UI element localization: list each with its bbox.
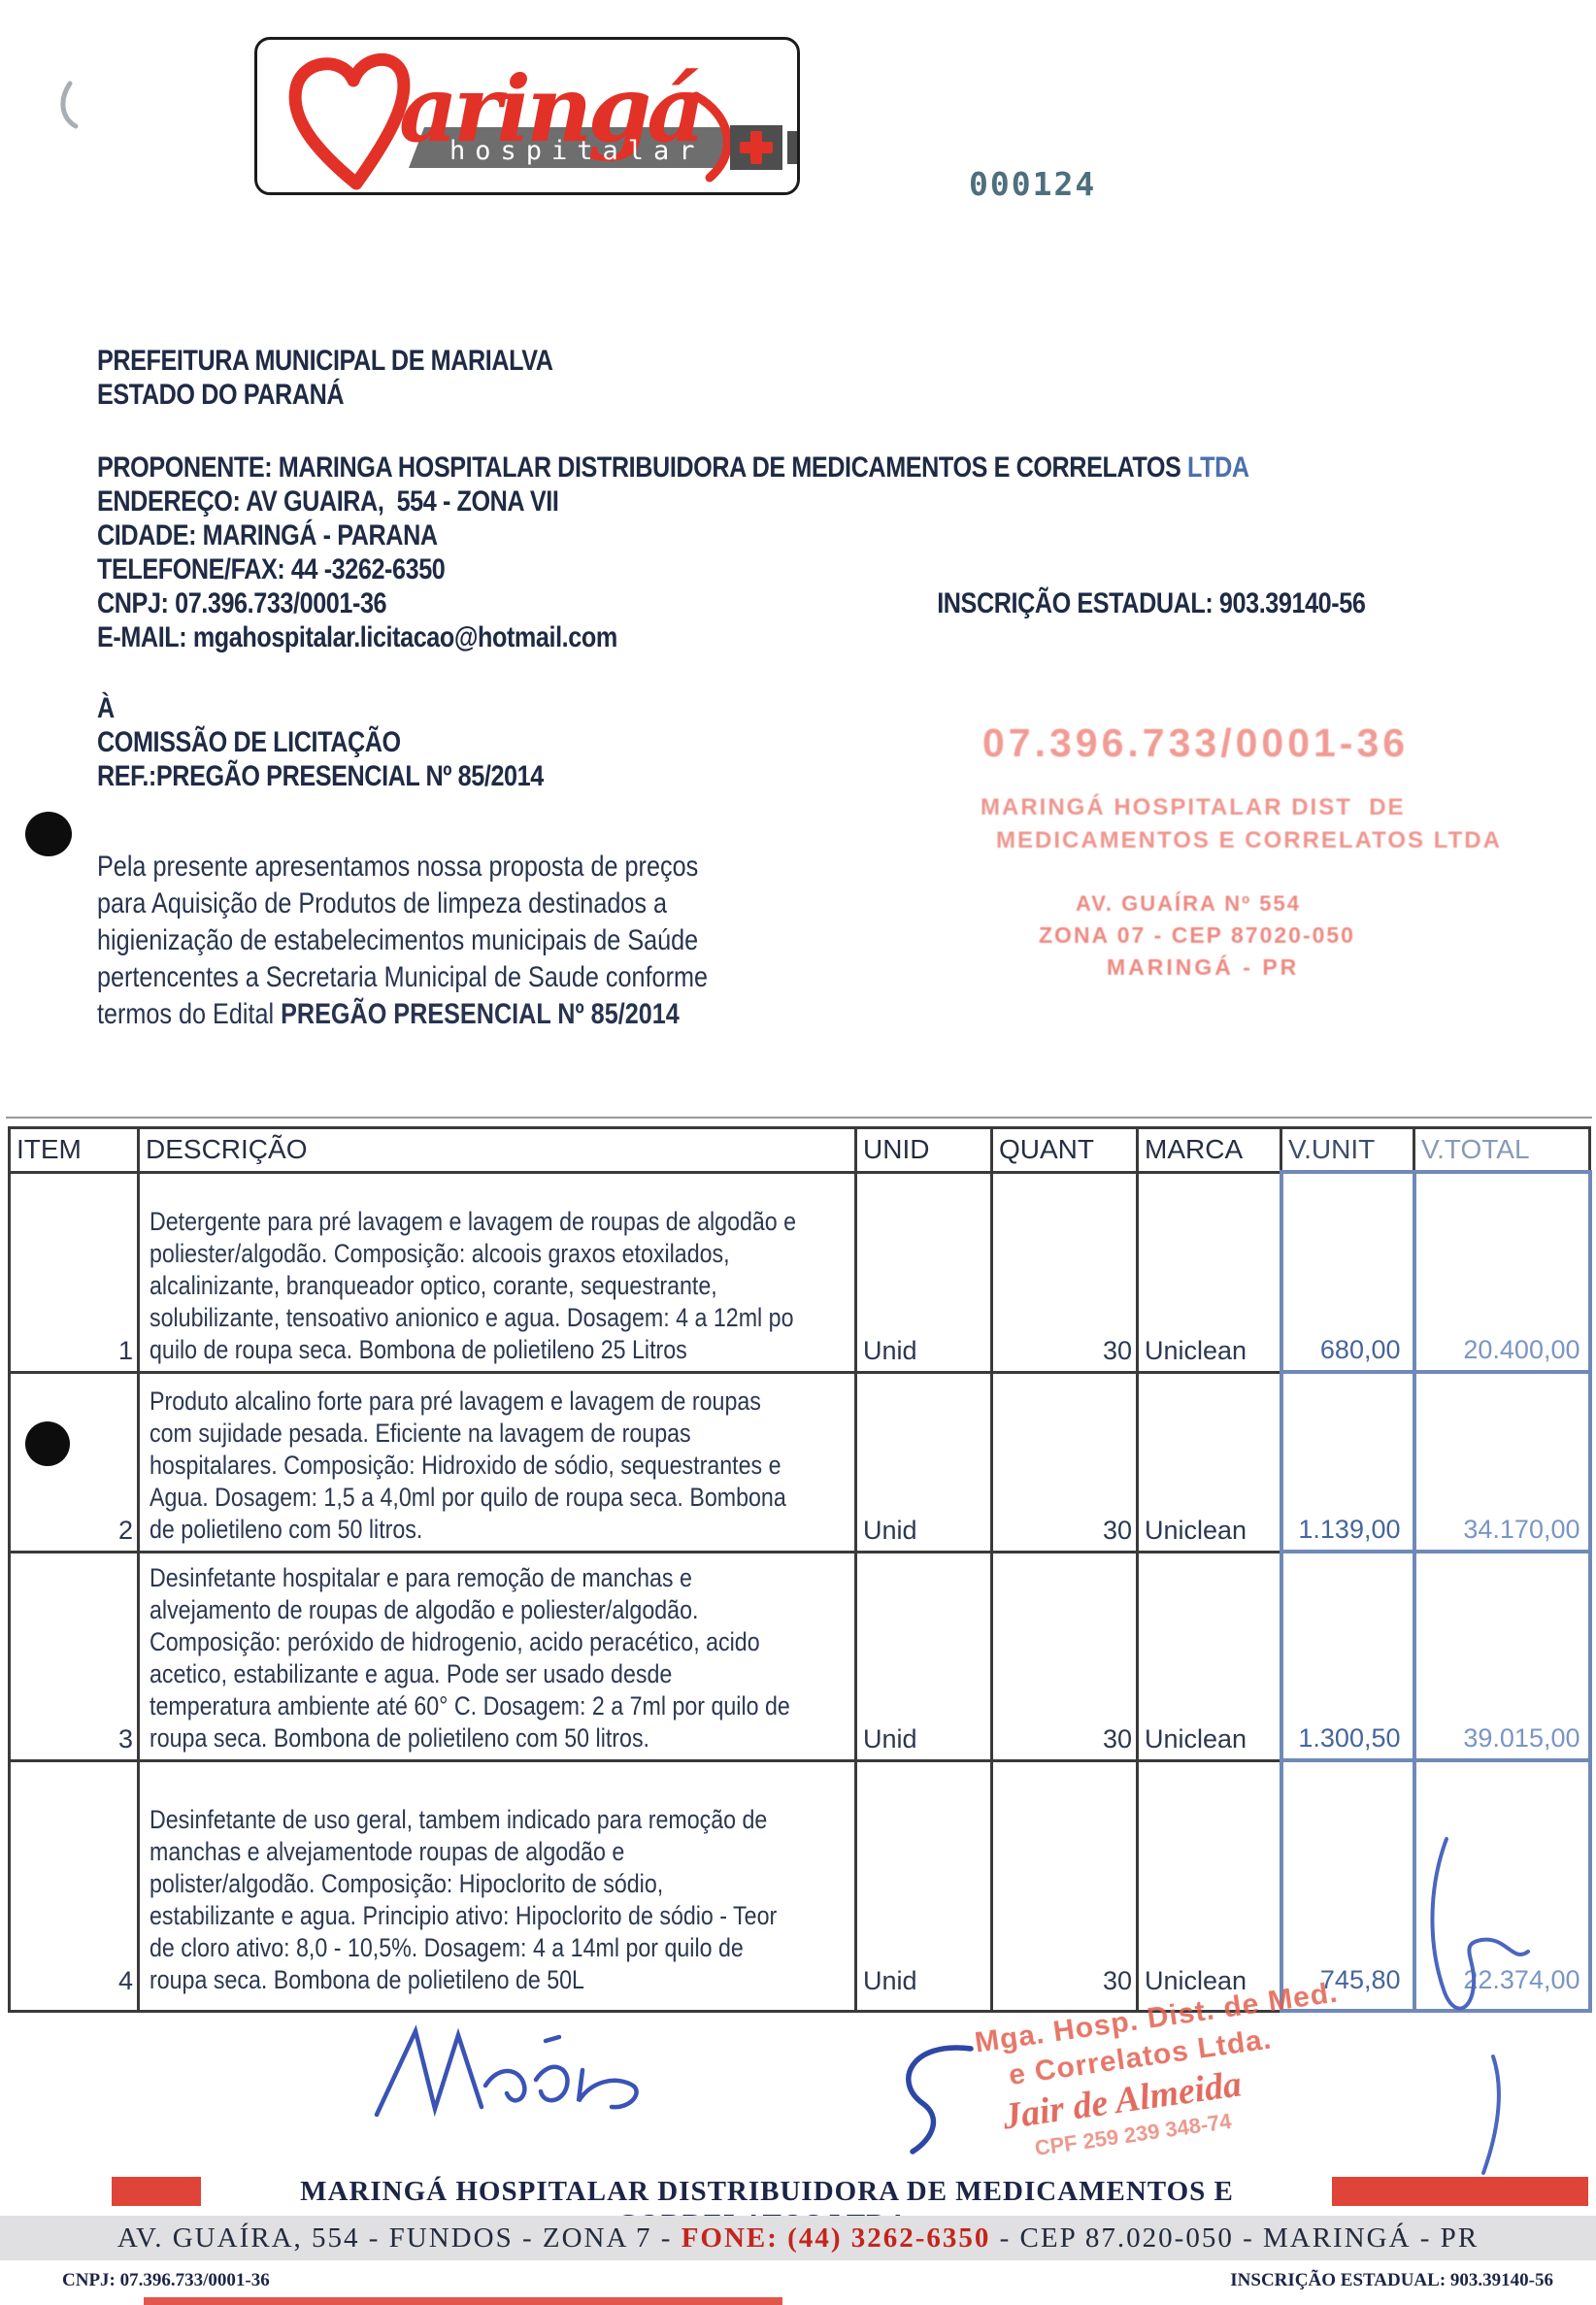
descricao-text: Desinfetante hospitalar e para remoção d… bbox=[150, 1562, 790, 1754]
paragraph-text: termos do Edital bbox=[97, 998, 281, 1030]
descricao-text: Produto alcalino forte para pré lavagem … bbox=[150, 1386, 786, 1546]
cell-quant: 30 bbox=[992, 1172, 1138, 1372]
cell-quant: 30 bbox=[992, 1372, 1138, 1552]
cell-marca: Uniclean bbox=[1138, 1760, 1281, 2011]
signature-marlon bbox=[377, 2031, 637, 2115]
table-row: 2 Produto alcalino forte para pré lavage… bbox=[10, 1372, 1590, 1552]
cell-item: 3 bbox=[10, 1552, 139, 1760]
col-header-quant: QUANT bbox=[992, 1128, 1138, 1173]
recipient-header: PREFEITURA MUNICIPAL DE MARIALVA ESTADO … bbox=[97, 344, 553, 412]
cell-vtotal: 22.374,00 bbox=[1414, 1760, 1590, 2011]
footer-red-bar bbox=[1332, 2177, 1588, 2206]
document-number: 000124 bbox=[969, 165, 1096, 203]
edital-reference: PREGÃO PRESENCIAL Nº 85/2014 bbox=[281, 998, 680, 1030]
footer-address-text: - CEP 87.020-050 - MARINGÁ - PR bbox=[990, 2222, 1479, 2254]
paragraph-line: higienização de estabelecimentos municip… bbox=[97, 922, 708, 959]
maringa-hospitalar-logo: aringá hospitalar bbox=[257, 40, 797, 192]
cell-item: 4 bbox=[10, 1760, 139, 2011]
stamp-address-line: AV. GUAÍRA Nº 554 bbox=[1076, 891, 1301, 917]
descricao-text: Desinfetante de uso geral, tambem indica… bbox=[150, 1804, 777, 1996]
proponente-ltda: LTDA bbox=[1187, 451, 1249, 484]
proposal-paragraph: Pela presente apresentamos nossa propost… bbox=[97, 849, 708, 1033]
cell-descricao: Detergente para pré lavagem e lavagem de… bbox=[139, 1172, 856, 1372]
col-header-vunit: V.UNIT bbox=[1281, 1128, 1414, 1173]
cell-descricao: Desinfetante hospitalar e para remoção d… bbox=[139, 1552, 856, 1760]
cell-vtotal: 39.015,00 bbox=[1414, 1552, 1590, 1760]
recipient-line: PREFEITURA MUNICIPAL DE MARIALVA bbox=[97, 344, 553, 378]
proponente-line: PROPONENTE: MARINGA HOSPITALAR DISTRIBUI… bbox=[97, 451, 1249, 484]
stamp-company-line: MARINGÁ HOSPITALAR DIST DE bbox=[981, 794, 1406, 821]
footer-address-text: AV. GUAÍRA, 554 - FUNDOS - ZONA 7 - bbox=[117, 2222, 682, 2254]
table-row: 3 Desinfetante hospitalar e para remoção… bbox=[10, 1552, 1590, 1760]
heart-icon bbox=[295, 59, 404, 184]
footer-address-band: AV. GUAÍRA, 554 - FUNDOS - ZONA 7 - FONE… bbox=[0, 2216, 1596, 2260]
cell-vtotal: 20.400,00 bbox=[1414, 1172, 1590, 1372]
email-line: E-MAIL: mgahospitalar.licitacao@hotmail.… bbox=[97, 620, 1249, 654]
col-header-item: ITEM bbox=[10, 1128, 139, 1173]
stamp-cnpj: 07.396.733/0001-36 bbox=[982, 720, 1409, 766]
telefone-line: TELEFONE/FAX: 44 -3262-6350 bbox=[97, 552, 1249, 586]
cell-descricao: Produto alcalino forte para pré lavagem … bbox=[139, 1372, 856, 1552]
addressee-ref: REF.:PREGÃO PRESENCIAL Nº 85/2014 bbox=[97, 759, 544, 793]
footer-cnpj: CNPJ: 07.396.733/0001-36 bbox=[62, 2270, 270, 2291]
punch-hole-mark bbox=[25, 812, 72, 856]
logo-end-block bbox=[787, 131, 797, 164]
table-row: 1 Detergente para pré lavagem e lavagem … bbox=[10, 1172, 1590, 1372]
footer-inscricao: INSCRIÇÃO ESTADUAL: 903.39140-56 bbox=[1126, 2270, 1553, 2291]
inscricao-estadual-text: INSCRIÇÃO ESTADUAL: 903.39140-56 bbox=[937, 586, 1365, 620]
cell-vunit: 1.300,50 bbox=[1281, 1552, 1414, 1760]
col-header-unid: UNID bbox=[856, 1128, 992, 1173]
stamp-company-line: MEDICAMENTOS E CORRELATOS LTDA bbox=[996, 827, 1502, 854]
items-table: ITEM DESCRIÇÃO UNID QUANT MARCA V.UNIT V… bbox=[8, 1126, 1592, 2013]
stamp-address-line: MARINGÁ - PR bbox=[1107, 954, 1299, 981]
cell-marca: Uniclean bbox=[1138, 1372, 1281, 1552]
stamp-address-line: ZONA 07 - CEP 87020-050 bbox=[1039, 922, 1355, 949]
paragraph-line: termos do Edital PREGÃO PRESENCIAL Nº 85… bbox=[97, 996, 708, 1033]
cidade-line: CIDADE: MARINGÁ - PARANA bbox=[97, 518, 1249, 552]
col-header-vtotal: V.TOTAL bbox=[1414, 1128, 1590, 1173]
cell-vunit: 1.139,00 bbox=[1281, 1372, 1414, 1552]
cell-quant: 30 bbox=[992, 1760, 1138, 2011]
pen-smudge-mark bbox=[47, 76, 115, 134]
divider-line bbox=[6, 1117, 1592, 1119]
scanned-proposal-page: aringá hospitalar 000124 PREFEITURA MUNI… bbox=[0, 0, 1596, 2305]
cnpj-line: CNPJ: 07.396.733/0001-36INSCRIÇÃO ESTADU… bbox=[97, 586, 1249, 620]
cell-vunit: 680,00 bbox=[1281, 1172, 1414, 1372]
cross-icon bbox=[740, 142, 773, 153]
cell-unid: Unid bbox=[856, 1172, 992, 1372]
cell-marca: Uniclean bbox=[1138, 1172, 1281, 1372]
cell-unid: Unid bbox=[856, 1552, 992, 1760]
paragraph-line: para Aquisição de Produtos de limpeza de… bbox=[97, 885, 708, 922]
endereco-line: ENDEREÇO: AV GUAIRA, 554 - ZONA VII bbox=[97, 484, 1249, 518]
pen-flourish bbox=[909, 2048, 971, 2152]
proponente-text: PROPONENTE: MARINGA HOSPITALAR DISTRIBUI… bbox=[97, 451, 1187, 484]
col-header-marca: MARCA bbox=[1138, 1128, 1281, 1173]
footer-bottom-red-sliver bbox=[144, 2297, 782, 2305]
paragraph-line: Pela presente apresentamos nossa propost… bbox=[97, 849, 708, 885]
cell-item: 2 bbox=[10, 1372, 139, 1552]
descricao-text: Detergente para pré lavagem e lavagem de… bbox=[150, 1206, 796, 1366]
col-header-descricao: DESCRIÇÃO bbox=[139, 1128, 856, 1173]
cell-descricao: Desinfetante de uso geral, tambem indica… bbox=[139, 1760, 856, 2011]
footer-red-bar bbox=[112, 2177, 201, 2206]
recipient-line: ESTADO DO PARANÁ bbox=[97, 378, 553, 412]
cell-item: 1 bbox=[10, 1172, 139, 1372]
cnpj-text: CNPJ: 07.396.733/0001-36 bbox=[97, 587, 386, 619]
cell-marca: Uniclean bbox=[1138, 1552, 1281, 1760]
company-logo: aringá hospitalar bbox=[254, 37, 800, 195]
proponent-block: PROPONENTE: MARINGA HOSPITALAR DISTRIBUI… bbox=[97, 451, 1249, 654]
table-header-row: ITEM DESCRIÇÃO UNID QUANT MARCA V.UNIT V… bbox=[10, 1128, 1590, 1173]
footer-phone: FONE: (44) 3262-6350 bbox=[682, 2222, 991, 2254]
addressee-comissao: COMISSÃO DE LICITAÇÃO bbox=[97, 725, 544, 759]
paragraph-line: pertencentes a Secretaria Municipal de S… bbox=[97, 959, 708, 996]
addressee-block: À COMISSÃO DE LICITAÇÃO REF.:PREGÃO PRES… bbox=[97, 691, 544, 793]
addressee-a: À bbox=[97, 691, 544, 725]
cell-quant: 30 bbox=[992, 1552, 1138, 1760]
cell-unid: Unid bbox=[856, 1372, 992, 1552]
cell-vtotal: 34.170,00 bbox=[1414, 1372, 1590, 1552]
cell-unid: Unid bbox=[856, 1760, 992, 2011]
logo-band-text: hospitalar bbox=[449, 136, 705, 166]
